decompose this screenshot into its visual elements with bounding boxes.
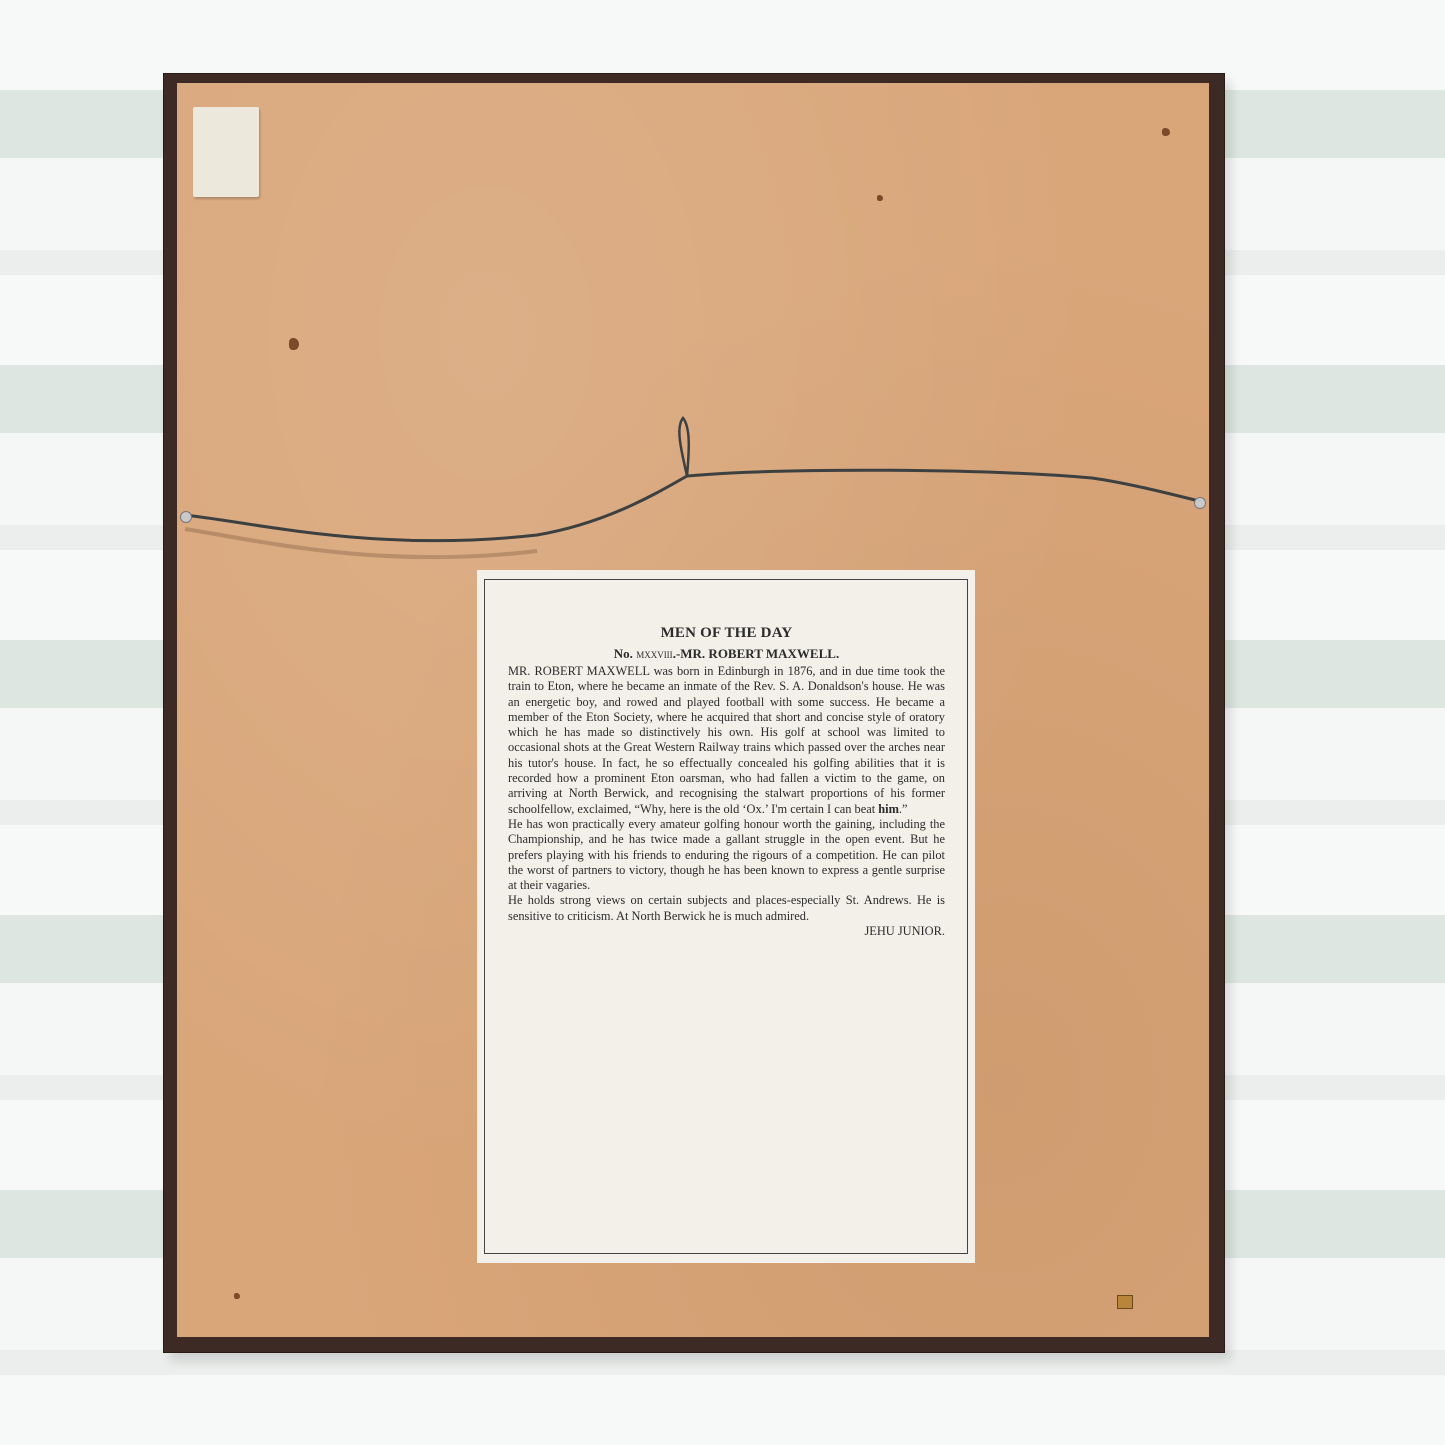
wire-screw-right: [1194, 497, 1206, 509]
label-paragraph-1: MR. ROBERT MAXWELL was born in Edinburgh…: [508, 664, 945, 817]
label-subtitle: No. mxxviii.-MR. ROBERT MAXWELL.: [508, 646, 945, 662]
subtitle-number: mxxviii: [636, 646, 673, 661]
hanging-wire: [177, 83, 1209, 603]
paragraph-1-text: MR. ROBERT MAXWELL was born in Edinburgh…: [508, 664, 945, 816]
paragraph-1-bold: him: [878, 802, 899, 816]
paragraph-1-tail: .”: [899, 802, 908, 816]
printed-label: MEN OF THE DAY No. mxxviii.-MR. ROBERT M…: [477, 570, 975, 1263]
label-title: MEN OF THE DAY: [508, 625, 945, 642]
label-paragraph-3: He holds strong views on certain subject…: [508, 893, 945, 924]
frame-clip: [1117, 1295, 1133, 1309]
backing-board: MEN OF THE DAY No. mxxviii.-MR. ROBERT M…: [177, 83, 1209, 1337]
subtitle-prefix: No.: [614, 646, 636, 661]
board-puncture: [234, 1293, 240, 1299]
picture-frame: MEN OF THE DAY No. mxxviii.-MR. ROBERT M…: [163, 73, 1225, 1353]
label-border: MEN OF THE DAY No. mxxviii.-MR. ROBERT M…: [484, 579, 968, 1254]
wire-screw-left: [180, 511, 192, 523]
label-paragraph-2: He has won practically every amateur gol…: [508, 817, 945, 893]
subtitle-name: .-MR. ROBERT MAXWELL.: [673, 646, 840, 661]
label-signature: JEHU JUNIOR.: [508, 924, 945, 939]
